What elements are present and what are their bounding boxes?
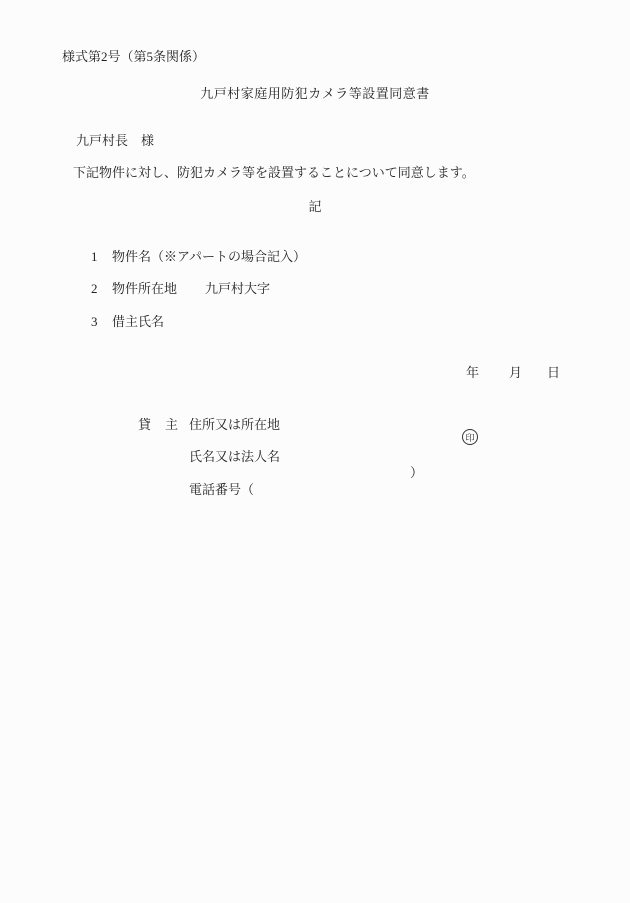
item-label: 物件名（※アパートの場合記入） <box>112 249 306 264</box>
day-label: 日 <box>547 365 560 380</box>
section-marker: 記 <box>0 198 630 215</box>
consent-statement: 下記物件に対し、防犯カメラ等を設置することについて同意します。 <box>73 164 475 181</box>
phone-close-paren: ） <box>410 464 423 481</box>
lender-phone-row: 電話番号（） <box>176 464 476 515</box>
lender-name-label: 氏名又は法人名 <box>189 449 280 464</box>
item-value: 九戸村大字 <box>205 281 270 296</box>
year-label: 年 <box>466 365 479 380</box>
lender-address-label: 住所又は所在地 <box>189 417 280 432</box>
addressee-line: 九戸村長 様 <box>76 132 154 149</box>
item-label: 借主氏名 <box>112 314 164 329</box>
item-row-borrower-name: 3借主氏名 <box>78 296 164 347</box>
item-number: 2 <box>91 280 112 297</box>
lender-role-second: 主 <box>165 417 178 432</box>
item-number: 3 <box>91 313 112 330</box>
form-number: 様式第2号（第5条関係） <box>62 48 205 65</box>
date-line: 年月日 <box>453 347 560 398</box>
lender-role-first: 貸 <box>138 417 151 432</box>
month-label: 月 <box>509 365 522 380</box>
item-label: 物件所在地 <box>112 281 177 296</box>
document-title: 九戸村家庭用防犯カメラ等設置同意書 <box>0 85 630 102</box>
phone-open-paren: （ <box>241 482 254 497</box>
seal-mark: 印 <box>462 429 478 445</box>
phone-label: 電話番号 <box>189 482 241 497</box>
consent-form-page: 様式第2号（第5条関係） 九戸村家庭用防犯カメラ等設置同意書 九戸村長 様 下記… <box>0 0 630 903</box>
